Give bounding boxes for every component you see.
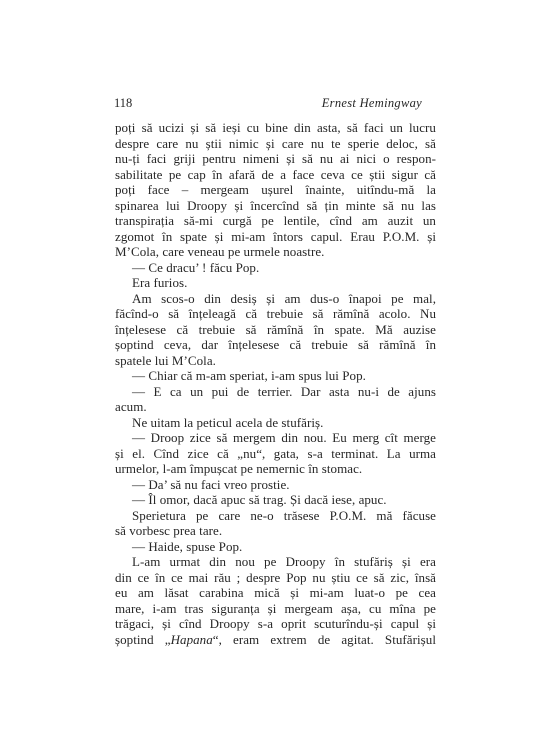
running-head: Ernest Hemingway <box>322 96 436 110</box>
paragraph: — Da’ să nu faci vreo prostie. <box>115 477 436 493</box>
text-line: șoptind ceva, dar înțelesese că trebuie … <box>115 337 436 353</box>
text-line: — Îl omor, dacă apuc să trag. Și dacă ie… <box>115 492 436 508</box>
text-line: înțelesese că trebuie să rămînă în spate… <box>115 322 436 338</box>
paragraph: L-am urmat din nou pe Droopy în stufăriș… <box>115 554 436 647</box>
page-number: 118 <box>114 96 132 110</box>
text-line: din ce în ce mai rău ; despre Pop nu ști… <box>115 570 436 586</box>
paragraph: poți să ucizi și să ieși cu bine din ast… <box>115 120 436 260</box>
text-line: zgomot în spate și mi-am întors capul. E… <box>115 229 436 245</box>
paragraph: Ne uitam la peticul acela de stufăriș. <box>115 415 436 431</box>
text-line: — Chiar că m-am speriat, i-am spus lui P… <box>115 368 436 384</box>
page-body: poți să ucizi și să ieși cu bine din ast… <box>115 120 436 647</box>
paragraph: — Haide, spuse Pop. <box>115 539 436 555</box>
page-header: 118 Ernest Hemingway <box>114 96 436 110</box>
text-line: urmelor, l-am împușcat pe nemernic în st… <box>115 461 436 477</box>
text-line: mare, i-am tras siguranța și mergeam așa… <box>115 601 436 617</box>
text-line: Era furios. <box>115 275 436 291</box>
book-page: 118 Ernest Hemingway poți să ucizi și să… <box>0 0 550 750</box>
text-line: și el. Cînd zice că „nu“, gata, s-a term… <box>115 446 436 462</box>
paragraph: Era furios. <box>115 275 436 291</box>
text-line: să vorbesc prea tare. <box>115 523 436 539</box>
text-line: făcînd-o să înțeleagă că trebuie să rămî… <box>115 306 436 322</box>
paragraph: — Ce dracu’ ! făcu Pop. <box>115 260 436 276</box>
text-segment: “, eram extrem de agitat. Stufărișul <box>213 632 436 647</box>
paragraph: — Droop zice să mergem din nou. Eu merg … <box>115 430 436 477</box>
text-line: Am scos-o din desiș și am dus-o înapoi p… <box>115 291 436 307</box>
text-line: — E ca un pui de terrier. Dar asta nu-i … <box>115 384 436 400</box>
text-line: — Da’ să nu faci vreo prostie. <box>115 477 436 493</box>
paragraph: Sperietura pe care ne-o trăsese P.O.M. m… <box>115 508 436 539</box>
text-line: spinarea lui Droopy și încercînd să țin … <box>115 198 436 214</box>
text-line: eu am lăsat carabina mică și mi-am luat-… <box>115 585 436 601</box>
paragraph: — Îl omor, dacă apuc să trag. Și dacă ie… <box>115 492 436 508</box>
text-line: M’Cola, care veneau pe urmele noastre. <box>115 244 436 260</box>
text-line: despre care nu știi nimic și care nu te … <box>115 136 436 152</box>
text-line: trăgaci, și cînd Droopy s-a oprit scutur… <box>115 616 436 632</box>
paragraph: — Chiar că m-am speriat, i-am spus lui P… <box>115 368 436 384</box>
italic-text: Hapana <box>171 632 213 647</box>
paragraph: Am scos-o din desiș și am dus-o înapoi p… <box>115 291 436 369</box>
text-line: nu-ți faci griji pentru nimeni și să nu … <box>115 151 436 167</box>
text-line: spatele lui M’Cola. <box>115 353 436 369</box>
text-line: transpirația să-mi curgă pe lentile, cîn… <box>115 213 436 229</box>
text-line: L-am urmat din nou pe Droopy în stufăriș… <box>115 554 436 570</box>
text-line: Sperietura pe care ne-o trăsese P.O.M. m… <box>115 508 436 524</box>
text-line: șoptind „Hapana“, eram extrem de agitat.… <box>115 632 436 648</box>
text-line: — Droop zice să mergem din nou. Eu merg … <box>115 430 436 446</box>
text-segment: șoptind „ <box>115 632 171 647</box>
text-line: poți să ucizi și să ieși cu bine din ast… <box>115 120 436 136</box>
paragraph: — E ca un pui de terrier. Dar asta nu-i … <box>115 384 436 415</box>
text-line: — Ce dracu’ ! făcu Pop. <box>115 260 436 276</box>
text-line: acum. <box>115 399 436 415</box>
text-line: sabilitate pe cap în afară de a face cev… <box>115 167 436 183</box>
text-line: — Haide, spuse Pop. <box>115 539 436 555</box>
text-line: poți face – mergeam ușurel înainte, uitî… <box>115 182 436 198</box>
text-line: Ne uitam la peticul acela de stufăriș. <box>115 415 436 431</box>
